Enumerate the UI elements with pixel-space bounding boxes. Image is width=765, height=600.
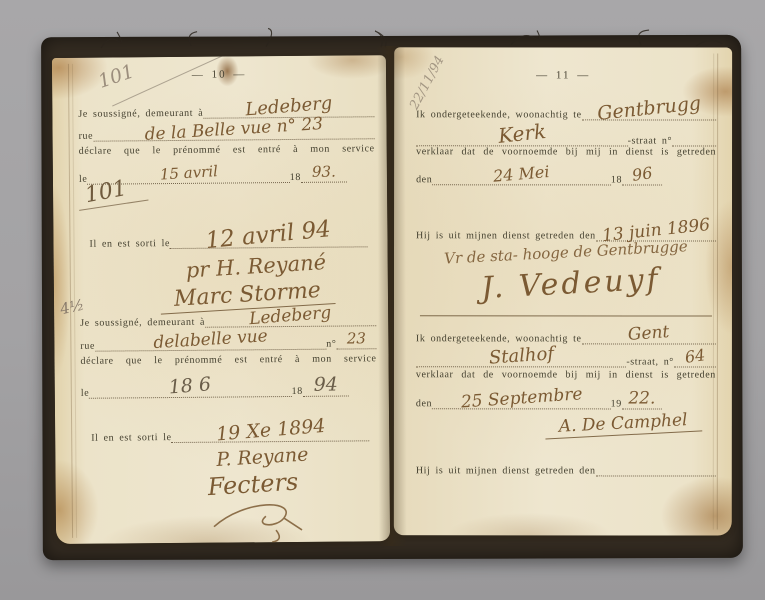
handwritten-street: Stalhof	[488, 345, 554, 367]
ruled-line: 96	[622, 166, 662, 185]
ruled-line: delabelle vue	[95, 331, 326, 352]
ruled-line: 23	[336, 330, 376, 349]
ruled-line: Gent	[581, 325, 715, 344]
printed-label: Ik ondergeteekende, woonachtig te	[416, 333, 582, 344]
printed-declaration: verklaar dat de voornoemde bij mij in di…	[416, 146, 716, 157]
printed-label: le	[81, 388, 90, 399]
printed-label: -straat, n°	[626, 356, 674, 367]
printed-century: 18	[611, 174, 622, 185]
page-number-right: — 11 —	[536, 69, 590, 81]
pencil-top-scribble: 101	[96, 60, 137, 92]
signature: J. Vedeuyf	[480, 265, 661, 304]
printed-declaration: verklaar dat de voornoemde bij mij in di…	[416, 369, 716, 380]
printed-century: 18	[292, 386, 303, 397]
handwritten-exit-date: 19 Xe 1894	[215, 417, 326, 445]
handwritten-housenr: 23	[347, 331, 366, 346]
ruled-line: 18 6	[89, 376, 292, 399]
handwritten-housenr: 64	[684, 347, 706, 366]
handwritten-exit-date: 12 avril 94	[205, 218, 332, 253]
signature: A. De Camphel	[544, 411, 702, 439]
ruled-line: 64	[674, 349, 716, 368]
printed-label: -straat n°	[628, 135, 672, 146]
ruled-line: 12 avril 94	[170, 223, 368, 249]
handwritten-year: 22.	[628, 390, 655, 407]
handwritten-year: 93.	[312, 165, 336, 180]
signature: pr H. Reyané	[185, 252, 326, 282]
page-number-left: — 10 —	[192, 68, 247, 80]
handwritten-town: Gentbrugg	[596, 94, 702, 124]
ruled-line	[596, 475, 716, 476]
signature: P. Reyane	[216, 445, 309, 470]
printed-label: Je soussigné, demeurant à	[78, 108, 203, 120]
ruled-line: 24 Mei	[432, 166, 611, 185]
handwritten-date: 15 avril	[159, 164, 218, 183]
book-cover: — 10 — 101 Je soussigné, demeurant à Led…	[41, 35, 743, 560]
printed-label: Il en est sorti le	[91, 432, 172, 444]
handwritten-date: 24 Mei	[493, 164, 551, 185]
printed-label: Hij is uit mijnen dienst getreden den	[416, 230, 596, 241]
ruled-line: 25 Septembre	[432, 390, 611, 409]
printed-label: Hij is uit mijnen dienst getreden den	[416, 465, 596, 476]
ruled-line: Stalhof	[416, 347, 626, 367]
signature-flourish	[206, 496, 316, 544]
printed-label: n°	[326, 339, 336, 350]
page-right: 22/11/94 — 11 — Ik ondergeteekende, woon…	[394, 47, 732, 535]
printed-label: den	[416, 398, 432, 409]
printed-declaration: déclare que le prénommé est entré à mon …	[79, 143, 375, 157]
handwritten-street: de la Belle vue n° 23	[144, 116, 323, 144]
ruled-line: 94	[303, 375, 349, 396]
page-left: — 10 — 101 Je soussigné, demeurant à Led…	[52, 55, 390, 544]
handwritten-street: delabelle vue	[153, 328, 268, 352]
handwritten-year: 94	[314, 376, 338, 395]
printed-label: rue	[79, 131, 94, 142]
handwritten-year: 96	[631, 165, 653, 184]
handwritten-town: Gent	[627, 324, 669, 344]
handwritten-date: 25 Septembre	[460, 386, 583, 411]
printed-century: 19	[611, 398, 622, 409]
handwritten-street: Kerk	[497, 121, 547, 146]
signature-line	[420, 315, 712, 316]
printed-label: Je soussigné, demeurant à	[80, 317, 205, 329]
handwritten-date: 18 6	[169, 375, 213, 397]
handwritten-town: Ledeberg	[249, 305, 332, 328]
printed-declaration: déclare que le prénommé est entré à mon …	[80, 353, 376, 367]
ruled-line: Kerk	[416, 123, 628, 146]
ruled-line: Gentbrugg	[582, 99, 716, 120]
printed-label: Ik ondergeteekende, woonachtig te	[416, 109, 582, 120]
photo-background: — 10 — 101 Je soussigné, demeurant à Led…	[0, 0, 765, 600]
signature: Fecters	[207, 470, 299, 499]
printed-label: den	[416, 174, 432, 185]
page-crease	[717, 54, 718, 530]
ruled-line: 19 Xe 1894	[172, 420, 370, 443]
ruled-line: 22.	[622, 390, 662, 409]
ruled-line: Ledeberg	[205, 307, 376, 327]
printed-label: rue	[80, 341, 95, 352]
printed-century: 18	[290, 172, 301, 183]
ruled-line: de la Belle vue n° 23	[93, 120, 375, 141]
printed-label: Il en est sorti le	[89, 238, 170, 250]
ruled-line: 93.	[301, 163, 347, 182]
